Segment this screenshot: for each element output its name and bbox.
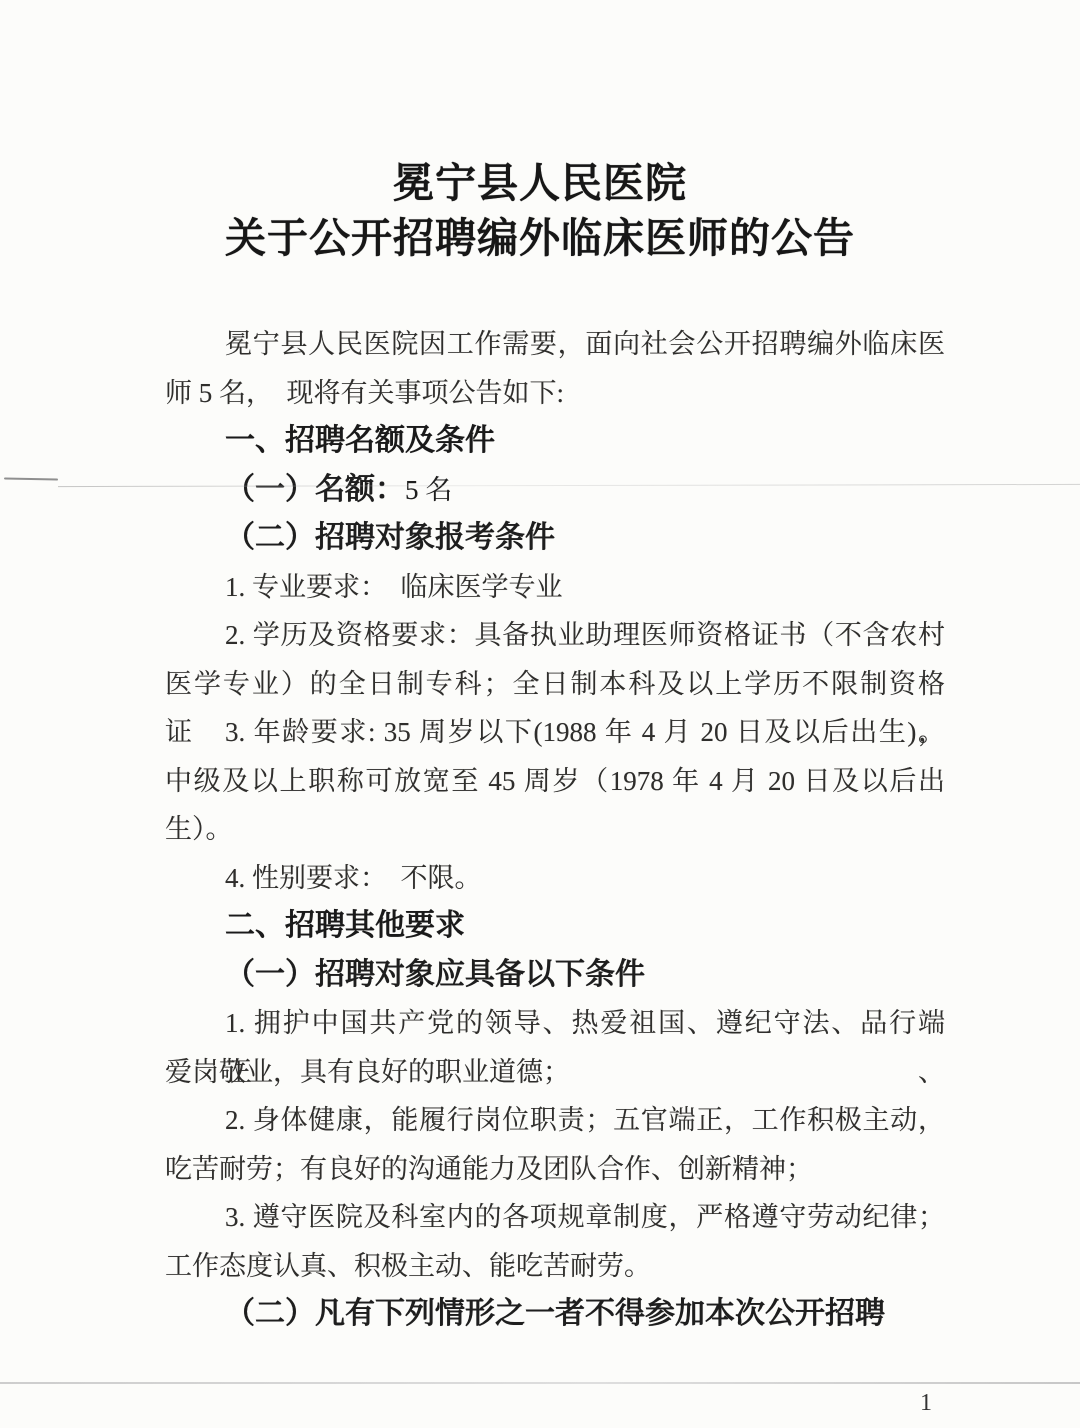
text-line: 医学专业）的全日制专科；全日制本科及以上学历不限制资格证。 bbox=[165, 660, 945, 709]
text-line: 中级及以上职称可放宽至 45 周岁（1978 年 4 月 20 日及以后出 bbox=[165, 757, 945, 806]
body-text: 冕宁县人民医院因工作需要，面向社会公开招聘编外临床医师 5 名， 现将有关事项公… bbox=[165, 320, 945, 1339]
document-page: 冕宁县人民医院 关于公开招聘编外临床医师的公告 冕宁县人民医院因工作需要，面向社… bbox=[0, 0, 1080, 1428]
text-line: 1. 专业要求： 临床医学专业 bbox=[165, 563, 945, 612]
text-line: （二）招聘对象报考条件 bbox=[165, 514, 945, 563]
page-number: 1 bbox=[920, 1388, 932, 1418]
text-segment: 5 名 bbox=[405, 475, 452, 505]
text-line: （二）凡有下列情形之一者不得参加本次公开招聘 bbox=[165, 1290, 945, 1339]
page-footer-rule bbox=[0, 1382, 1080, 1384]
text-line: 3. 遵守医院及科室内的各项规章制度，严格遵守劳动纪律； bbox=[165, 1193, 945, 1242]
text-line: 二、招聘其他要求 bbox=[165, 902, 945, 951]
document-title: 冕宁县人民医院 关于公开招聘编外临床医师的公告 bbox=[0, 156, 1080, 266]
text-line: （一）招聘对象应具备以下条件 bbox=[165, 951, 945, 1000]
text-line: 生）。 bbox=[165, 805, 945, 854]
text-line: 2. 身体健康，能履行岗位职责；五官端正，工作积极主动， bbox=[165, 1096, 945, 1145]
scan-artifact-dash bbox=[4, 477, 58, 480]
text-line: 3. 年龄要求: 35 周岁以下(1988 年 4 月 20 日及以后出生)， bbox=[165, 708, 945, 757]
text-segment-bold: （一）名额： bbox=[225, 473, 405, 506]
text-line: 1. 拥护中国共产党的领导、热爱祖国、遵纪守法、品行端正、 bbox=[165, 999, 945, 1048]
text-line: 2. 学历及资格要求：具备执业助理医师资格证书（不含农村 bbox=[165, 611, 945, 660]
text-line: 师 5 名， 现将有关事项公告如下: bbox=[165, 369, 945, 418]
text-line: 一、招聘名额及条件 bbox=[165, 417, 945, 466]
text-line: 吃苦耐劳；有良好的沟通能力及团队合作、创新精神； bbox=[165, 1145, 945, 1194]
text-line: 工作态度认真、积极主动、能吃苦耐劳。 bbox=[165, 1242, 945, 1291]
text-line: 4. 性别要求： 不限。 bbox=[165, 854, 945, 903]
text-line: 冕宁县人民医院因工作需要，面向社会公开招聘编外临床医 bbox=[165, 320, 945, 369]
title-line-2: 关于公开招聘编外临床医师的公告 bbox=[0, 211, 1080, 266]
text-line: （一）名额：5 名 bbox=[165, 466, 945, 515]
title-line-1: 冕宁县人民医院 bbox=[0, 156, 1080, 211]
